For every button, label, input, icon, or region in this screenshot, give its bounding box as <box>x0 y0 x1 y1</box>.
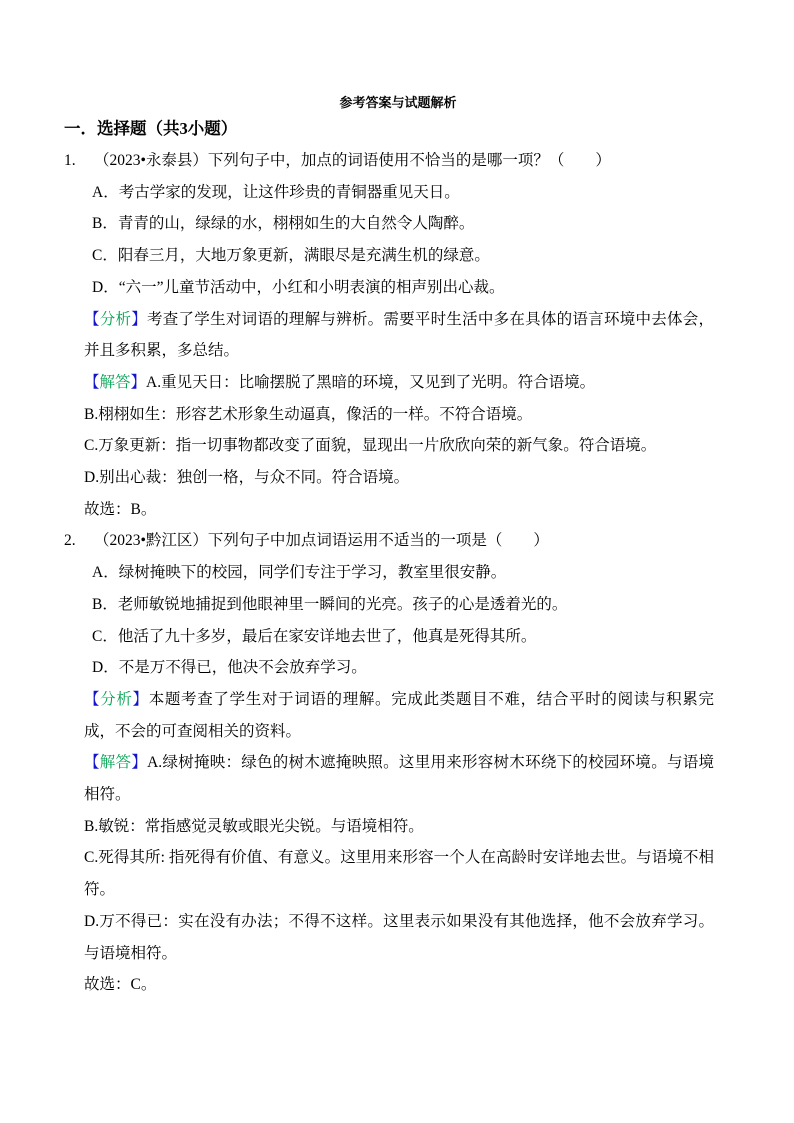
answer-paragraph: 【解答】A.绿树掩映：绿色的树木遮掩映照。这里用来形容树木环绕下的校园环境。与语… <box>84 747 714 810</box>
answer-line: A.绿树掩映：绿色的树木遮掩映照。这里用来形容树木环绕下的校园环境。与语境相符。 <box>84 754 714 803</box>
option-c: C．他活了九十多岁，最后在家安详地去世了，他真是死得其所。 <box>92 621 732 653</box>
final-answer: 故选：C。 <box>84 969 714 1001</box>
option-a: A．考古学家的发现，让这件珍贵的青铜器重见天日。 <box>92 177 732 209</box>
open-bracket: 【 <box>84 311 100 328</box>
section-heading: 一．选择题（共3小题） <box>64 116 732 142</box>
analysis-label: 【分析】 <box>84 311 147 328</box>
open-bracket: 【 <box>84 754 100 771</box>
answer-line: C.死得其所: 指死得有价值、有意义。这里用来形容一个人在高龄时安详地去世。与语… <box>84 842 714 905</box>
answer-label: 【解答】 <box>84 374 146 391</box>
close-bracket: 】 <box>131 311 147 328</box>
question-number: 2. <box>64 525 94 557</box>
question-number: 1. <box>64 145 94 177</box>
answer-paragraph: 【解答】A.重见天日：比喻摆脱了黑暗的环境，又见到了光明。符合语境。 <box>84 367 714 399</box>
answer-line: A.重见天日：比喻摆脱了黑暗的环境，又见到了光明。符合语境。 <box>146 374 595 391</box>
analysis-label-text: 分析 <box>100 691 132 708</box>
answer-line: C.万象更新：指一切事物都改变了面貌，显现出一片欣欣向荣的新气象。符合语境。 <box>84 430 714 462</box>
question-stem: （2023•永泰县）下列句子中，加点的词语使用不恰当的是哪一项？（ ） <box>94 145 732 177</box>
open-bracket: 【 <box>84 691 100 708</box>
question-2-stem-row: 2. （2023•黔江区）下列句子中加点词语运用不适当的一项是（ ） <box>64 525 732 557</box>
analysis-text: 本题考查了学生对于词语的理解。完成此类题目不难，结合平时的阅读与积累完成，不会的… <box>84 691 714 740</box>
question-stem: （2023•黔江区）下列句子中加点词语运用不适当的一项是（ ） <box>94 525 732 557</box>
analysis-label: 【分析】 <box>84 691 149 708</box>
document-page: 参考答案与试题解析 一．选择题（共3小题） 1. （2023•永泰县）下列句子中… <box>0 0 794 1123</box>
document-title: 参考答案与试题解析 <box>64 94 732 112</box>
option-c: C．阳春三月，大地万象更新，满眼尽是充满生机的绿意。 <box>92 240 732 272</box>
final-answer: 故选：B。 <box>84 494 714 526</box>
option-d: D．不是万不得已，他决不会放弃学习。 <box>92 652 732 684</box>
analysis-paragraph: 【分析】本题考查了学生对于词语的理解。完成此类题目不难，结合平时的阅读与积累完成… <box>84 684 714 747</box>
answer-line: B.栩栩如生：形容艺术形象生动逼真，像活的一样。不符合语境。 <box>84 399 714 431</box>
answer-label: 【解答】 <box>84 754 147 771</box>
analysis-paragraph: 【分析】考查了学生对词语的理解与辨析。需要平时生活中多在具体的语言环境中去体会，… <box>84 304 714 367</box>
close-bracket: 】 <box>131 754 147 771</box>
option-d: D．“六一”儿童节活动中，小红和小明表演的相声别出心裁。 <box>92 272 732 304</box>
analysis-text: 考查了学生对词语的理解与辨析。需要平时生活中多在具体的语言环境中去体会，并且多积… <box>84 311 714 360</box>
question-2: 2. （2023•黔江区）下列句子中加点词语运用不适当的一项是（ ） A．绿树掩… <box>64 525 732 1001</box>
answer-label-text: 解答 <box>100 754 132 771</box>
questions-list: 1. （2023•永泰县）下列句子中，加点的词语使用不恰当的是哪一项？（ ） A… <box>64 145 732 1001</box>
option-a: A．绿树掩映下的校园，同学们专注于学习，教室里很安静。 <box>92 557 732 589</box>
option-b: B．老师敏锐地捕捉到他眼神里一瞬间的光亮。孩子的心是透着光的。 <box>92 589 732 621</box>
answer-line: D.万不得已：实在没有办法；不得不这样。这里表示如果没有其他选择，他不会放弃学习… <box>84 906 714 969</box>
answer-label-text: 解答 <box>100 374 131 391</box>
close-bracket: 】 <box>133 691 149 708</box>
close-bracket: 】 <box>131 374 147 391</box>
answer-line: D.别出心裁：独创一格，与众不同。符合语境。 <box>84 462 714 494</box>
answer-line: B.敏锐：常指感觉灵敏或眼光尖锐。与语境相符。 <box>84 811 714 843</box>
question-1-stem-row: 1. （2023•永泰县）下列句子中，加点的词语使用不恰当的是哪一项？（ ） <box>64 145 732 177</box>
open-bracket: 【 <box>84 374 100 391</box>
option-b: B．青青的山，绿绿的水，栩栩如生的大自然令人陶醉。 <box>92 208 732 240</box>
analysis-label-text: 分析 <box>100 311 132 328</box>
question-1: 1. （2023•永泰县）下列句子中，加点的词语使用不恰当的是哪一项？（ ） A… <box>64 145 732 525</box>
